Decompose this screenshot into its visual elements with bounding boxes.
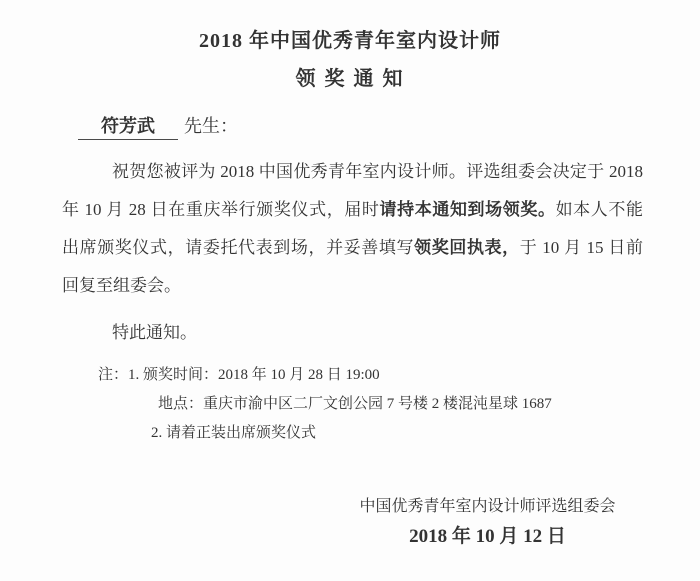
body-line-2-bold: 请持本通知到场领奖。	[380, 200, 556, 219]
signature-organization: 中国优秀青年室内设计师评选组委会	[330, 497, 645, 517]
signature-date: 2018 年 10 月 12 日	[330, 526, 645, 548]
notes-section: 注：1. 颁奖时间：2018 年 10 月 28 日 19:00 地点：重庆市渝…	[0, 361, 700, 448]
note-item-time: 注：1. 颁奖时间：2018 年 10 月 28 日 19:00	[0, 361, 700, 390]
body-line-4: 回复至组委会。	[0, 267, 700, 305]
body-line-4-text: 回复至组委会。	[62, 276, 181, 295]
body-line-3: 出席颁奖仪式，请委托代表到场，并妥善填写领奖回执表，于 10 月 15 日前	[0, 229, 700, 267]
body-line-1: 祝贺您被评为 2018 中国优秀青年室内设计师。评选组委会决定于 2018	[0, 153, 700, 191]
signature-section: 中国优秀青年室内设计师评选组委会 2018 年 10 月 12 日	[330, 497, 645, 548]
document-subtitle: 领 奖 通 知	[0, 62, 700, 91]
salutation-line: 符芳武先生：	[78, 112, 238, 140]
body-line-3-bold: 领奖回执表，	[414, 238, 520, 257]
note-time-text: 1. 颁奖时间：2018 年 10 月 28 日 19:00	[128, 367, 380, 383]
body-line-2-pre: 年 10 月 28 日在重庆举行颁奖仪式，届时	[62, 200, 380, 219]
body-paragraph: 祝贺您被评为 2018 中国优秀青年室内设计师。评选组委会决定于 2018 年 …	[0, 153, 700, 305]
closing-statement: 特此通知。	[112, 318, 197, 348]
note-label: 注：	[98, 367, 128, 383]
body-line-2-post: 如本人不能	[556, 200, 643, 219]
note-item-location: 地点：重庆市渝中区二厂文创公园 7 号楼 2 楼混沌星球 1687	[0, 390, 700, 419]
notice-document-page: 2018 年中国优秀青年室内设计师 领 奖 通 知 符芳武先生： 祝贺您被评为 …	[0, 0, 700, 581]
document-title: 2018 年中国优秀青年室内设计师	[0, 24, 700, 53]
recipient-honorific: 先生：	[184, 116, 238, 136]
body-line-1-text: 祝贺您被评为 2018 中国优秀青年室内设计师。评选组委会决定于 2018	[112, 162, 643, 181]
body-line-2: 年 10 月 28 日在重庆举行颁奖仪式，届时请持本通知到场领奖。如本人不能	[0, 191, 700, 229]
body-line-3-pre: 出席颁奖仪式，请委托代表到场，并妥善填写	[62, 238, 414, 257]
recipient-name: 符芳武	[78, 112, 178, 140]
note-item-dresscode: 2. 请着正装出席颁奖仪式	[0, 419, 700, 448]
body-line-3-post: 于 10 月 15 日前	[520, 238, 643, 257]
